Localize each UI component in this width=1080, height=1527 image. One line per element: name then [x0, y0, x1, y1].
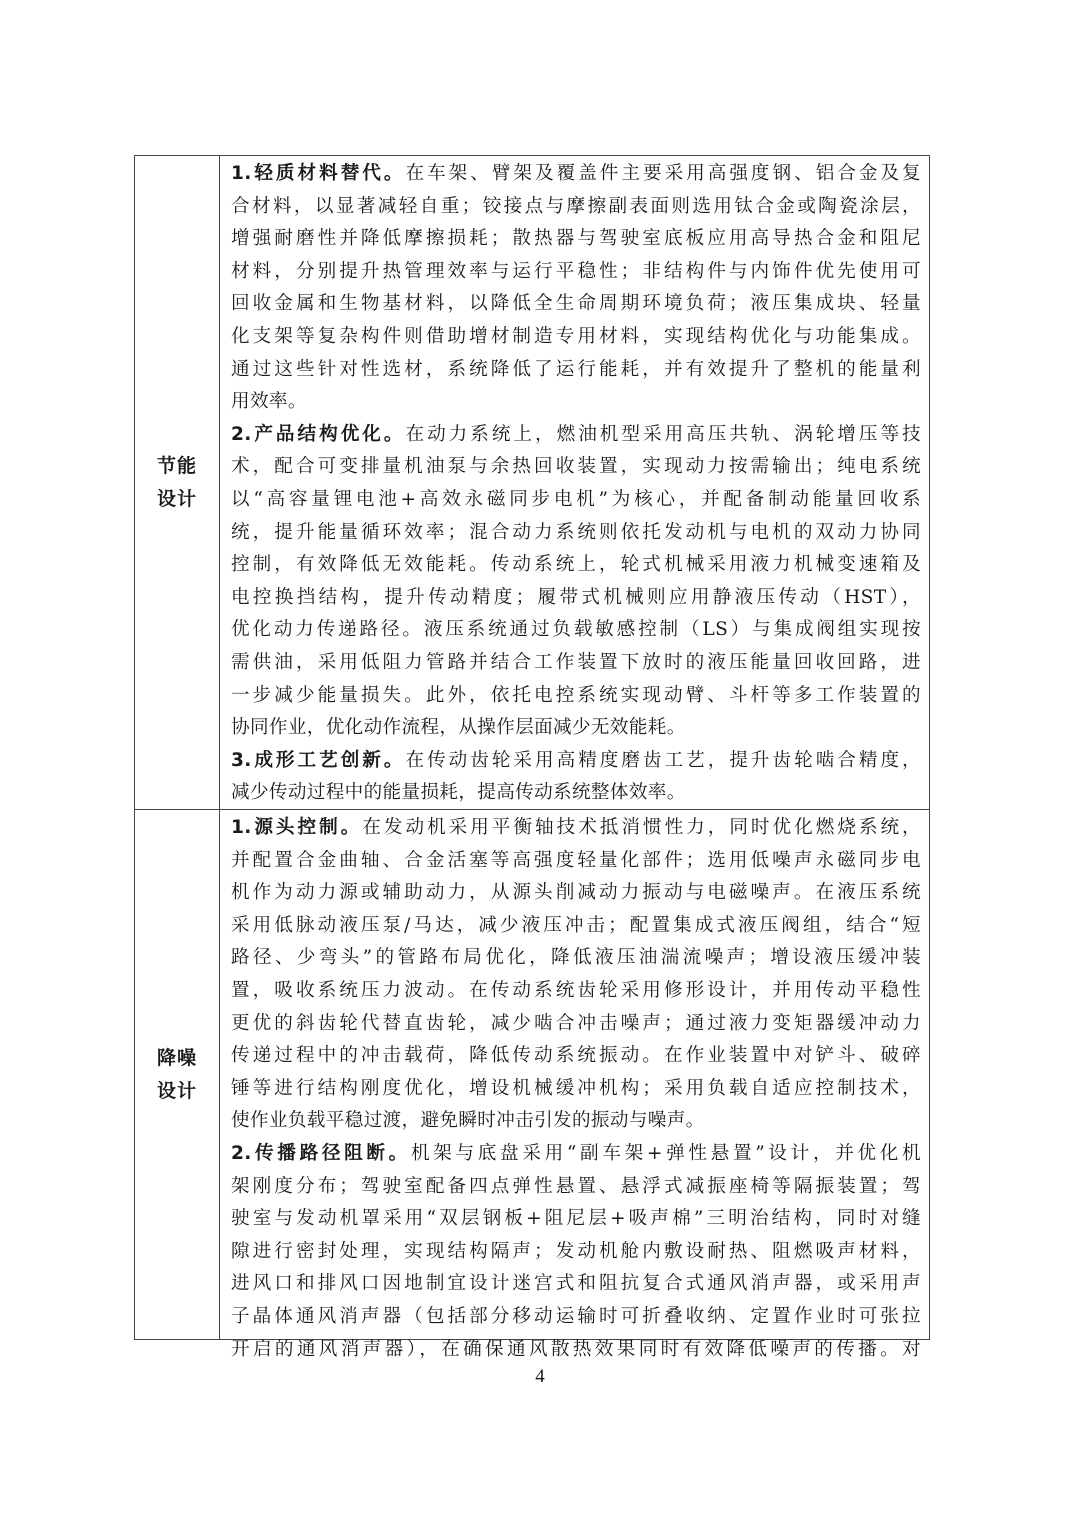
line-text: 机架与底盘采用“副车架+弹性悬置”设计，并优化机 — [411, 1143, 921, 1164]
line-text: 架刚度分布；驾驶室配备四点弹性悬置、悬浮式减振座椅等隔振装置；驾 — [231, 1176, 921, 1197]
line-text: 合材料，以显著减轻自重；铰接点与摩擦副表面则选用钛合金或陶瓷涂层， — [231, 196, 921, 217]
label-line: 设计 — [155, 483, 199, 516]
line-text: 控制，有效降低无效能耗。传动系统上，轮式机械采用液力机械变速箱及 — [231, 554, 921, 575]
line-text: 机作为动力源或辅助动力，从源头削减动力振动与电磁噪声。在液压系统 — [231, 882, 921, 903]
text-line: 协同作业，优化动作流程，从操作层面减少无效能耗。 — [231, 712, 921, 745]
line-text: 化支架等复杂构件则借助增材制造专用材料，实现结构优化与功能集成。 — [231, 326, 921, 347]
text-line: 用效率。 — [231, 386, 921, 419]
row-label-energy-saving: 节能 设计 — [155, 450, 199, 516]
line-text: 置，吸收系统压力波动。在传动系统齿轮采用修形设计，并用传动平稳性 — [231, 980, 921, 1001]
line-text: 材料，分别提升热管理效率与运行平稳性；非结构件与内饰件优先使用可 — [231, 261, 921, 282]
text-line: 通过这些针对性选材，系统降低了运行能耗，并有效提升了整机的能量利 — [231, 354, 921, 387]
text-line: 减少传动过程中的能量损耗，提高传动系统整体效率。 — [231, 777, 921, 810]
row-noise-reduction: 降噪 设计 1.源头控制。在发动机采用平衡轴技术抵消惯性力，同时优化燃烧系统，并… — [135, 809, 929, 1339]
line-text: 更优的斜齿轮代替直齿轮，减少啮合冲击噪声；通过液力变矩器缓冲动力 — [231, 1013, 921, 1034]
label-line: 降噪 — [155, 1042, 199, 1075]
text-line: 锤等进行结构刚度优化，增设机械缓冲机构；采用负载自适应控制技术， — [231, 1073, 921, 1106]
text-line: 1.源头控制。在发动机采用平衡轴技术抵消惯性力，同时优化燃烧系统， — [231, 812, 921, 845]
text-line: 进风口和排风口因地制宜设计迷宫式和阻抗复合式通风消声器，或采用声 — [231, 1268, 921, 1301]
line-text: 使作业负载平稳过渡，避免瞬时冲击引发的振动与噪声。 — [231, 1110, 705, 1131]
content-cell: 1.轻质材料替代。在车架、臂架及覆盖件主要采用高强度钢、铝合金及复合材料，以显著… — [220, 156, 929, 809]
line-text: 驶室与发动机罩采用“双层钢板+阻尼层+吸声棉”三明治结构，同时对缝 — [231, 1208, 921, 1229]
line-text: 统，提升能量循环效率；混合动力系统则依托发动机与电机的双动力协同 — [231, 522, 921, 543]
text-line: 路径、少弯头”的管路布局优化，降低液压油湍流噪声；增设液压缓冲装 — [231, 942, 921, 975]
row-label-noise-reduction: 降噪 设计 — [155, 1042, 199, 1108]
label-line: 节能 — [155, 450, 199, 483]
text-line: 机作为动力源或辅助动力，从源头削减动力振动与电磁噪声。在液压系统 — [231, 877, 921, 910]
text-line: 置，吸收系统压力波动。在传动系统齿轮采用修形设计，并用传动平稳性 — [231, 975, 921, 1008]
line-text: 减少传动过程中的能量损耗，提高传动系统整体效率。 — [231, 782, 686, 803]
line-text: 需供油，采用低阻力管路并结合工作装置下放时的液压能量回收回路，进 — [231, 652, 921, 673]
design-measures-table: 节能 设计 1.轻质材料替代。在车架、臂架及覆盖件主要采用高强度钢、铝合金及复合… — [134, 155, 930, 1340]
text-line: 并配置合金曲轴、合金活塞等高强度轻量化部件；选用低噪声永磁同步电 — [231, 845, 921, 878]
line-text: 路径、少弯头”的管路布局优化，降低液压油湍流噪声；增设液压缓冲装 — [231, 947, 921, 968]
line-text: 子晶体通风消声器（包括部分移动运输时可折叠收纳、定置作业时可张拉 — [231, 1306, 921, 1327]
text-line: 1.轻质材料替代。在车架、臂架及覆盖件主要采用高强度钢、铝合金及复 — [231, 158, 921, 191]
text-line: 使作业负载平稳过渡，避免瞬时冲击引发的振动与噪声。 — [231, 1105, 921, 1138]
text-line: 2.产品结构优化。在动力系统上，燃油机型采用高压共轨、涡轮增压等技 — [231, 419, 921, 452]
text-line: 统，提升能量循环效率；混合动力系统则依托发动机与电机的双动力协同 — [231, 517, 921, 550]
paragraph: 1.源头控制。在发动机采用平衡轴技术抵消惯性力，同时优化燃烧系统，并配置合金曲轴… — [231, 812, 921, 1138]
text-line: 合材料，以显著减轻自重；铰接点与摩擦副表面则选用钛合金或陶瓷涂层， — [231, 191, 921, 224]
line-text: 传递过程中的冲击载荷，降低传动系统振动。在作业装置中对铲斗、破碎 — [231, 1045, 921, 1066]
row-energy-saving: 节能 设计 1.轻质材料替代。在车架、臂架及覆盖件主要采用高强度钢、铝合金及复合… — [135, 156, 929, 809]
line-text: 电控换挡结构，提升传动精度；履带式机械则应用静液压传动（HST）， — [231, 587, 921, 608]
text-line: 采用低脉动液压泵/马达，减少液压冲击；配置集成式液压阀组，结合“短 — [231, 910, 921, 943]
text-line: 增强耐磨性并降低摩擦损耗；散热器与驾驶室底板应用高导热合金和阻尼 — [231, 223, 921, 256]
line-text: 并配置合金曲轴、合金活塞等高强度轻量化部件；选用低噪声永磁同步电 — [231, 850, 921, 871]
text-line: 电控换挡结构，提升传动精度；履带式机械则应用静液压传动（HST）， — [231, 582, 921, 615]
text-line: 3.成形工艺创新。在传动齿轮采用高精度磨齿工艺，提升齿轮啮合精度， — [231, 745, 921, 778]
paragraph: 1.轻质材料替代。在车架、臂架及覆盖件主要采用高强度钢、铝合金及复合材料，以显著… — [231, 158, 921, 419]
line-text: 回收金属和生物基材料，以降低全生命周期环境负荷；液压集成块、轻量 — [231, 293, 921, 314]
line-text: 一步减少能量损失。此外，依托电控系统实现动臂、斗杆等多工作装置的 — [231, 685, 921, 706]
text-line: 材料，分别提升热管理效率与运行平稳性；非结构件与内饰件优先使用可 — [231, 256, 921, 289]
line-text: 术，配合可变排量机油泵与余热回收装置，实现动力按需输出；纯电系统 — [231, 456, 921, 477]
text-line: 化支架等复杂构件则借助增材制造专用材料，实现结构优化与功能集成。 — [231, 321, 921, 354]
text-line: 2.传播路径阻断。机架与底盘采用“副车架+弹性悬置”设计，并优化机 — [231, 1138, 921, 1171]
label-line: 设计 — [155, 1075, 199, 1108]
line-text: 锤等进行结构刚度优化，增设机械缓冲机构；采用负载自适应控制技术， — [231, 1078, 921, 1099]
text-line: 控制，有效降低无效能耗。传动系统上，轮式机械采用液力机械变速箱及 — [231, 549, 921, 582]
text-line: 需供油，采用低阻力管路并结合工作装置下放时的液压能量回收回路，进 — [231, 647, 921, 680]
paragraph-heading: 3.成形工艺创新。 — [231, 750, 405, 771]
text-line: 优化动力传递路径。液压系统通过负载敏感控制（LS）与集成阀组实现按 — [231, 614, 921, 647]
text-line: 架刚度分布；驾驶室配备四点弹性悬置、悬浮式减振座椅等隔振装置；驾 — [231, 1171, 921, 1204]
row-label-cell: 节能 设计 — [135, 156, 220, 809]
paragraph-heading: 1.轻质材料替代。 — [231, 163, 405, 184]
text-line: 一步减少能量损失。此外，依托电控系统实现动臂、斗杆等多工作装置的 — [231, 680, 921, 713]
line-text: 在动力系统上，燃油机型采用高压共轨、涡轮增压等技 — [405, 424, 921, 445]
content-cell: 1.源头控制。在发动机采用平衡轴技术抵消惯性力，同时优化燃烧系统，并配置合金曲轴… — [220, 810, 929, 1339]
text-line: 驶室与发动机罩采用“双层钢板+阻尼层+吸声棉”三明治结构，同时对缝 — [231, 1203, 921, 1236]
line-text: 通过这些针对性选材，系统降低了运行能耗，并有效提升了整机的能量利 — [231, 359, 921, 380]
text-line: 隙进行密封处理，实现结构隔声；发动机舱内敷设耐热、阻燃吸声材料， — [231, 1236, 921, 1269]
paragraph-heading: 1.源头控制。 — [231, 817, 362, 838]
text-line: 传递过程中的冲击载荷，降低传动系统振动。在作业装置中对铲斗、破碎 — [231, 1040, 921, 1073]
line-text: 用效率。 — [231, 391, 307, 412]
line-text: 增强耐磨性并降低摩擦损耗；散热器与驾驶室底板应用高导热合金和阻尼 — [231, 228, 921, 249]
text-line: 以“高容量锂电池+高效永磁同步电机”为核心，并配备制动能量回收系 — [231, 484, 921, 517]
paragraph: 2.传播路径阻断。机架与底盘采用“副车架+弹性悬置”设计，并优化机架刚度分布；驾… — [231, 1138, 921, 1366]
line-text: 在发动机采用平衡轴技术抵消惯性力，同时优化燃烧系统， — [362, 817, 921, 838]
line-text: 协同作业，优化动作流程，从操作层面减少无效能耗。 — [231, 717, 686, 738]
text-line: 更优的斜齿轮代替直齿轮，减少啮合冲击噪声；通过液力变矩器缓冲动力 — [231, 1008, 921, 1041]
paragraph-heading: 2.传播路径阻断。 — [231, 1143, 411, 1164]
line-text: 在传动齿轮采用高精度磨齿工艺，提升齿轮啮合精度， — [405, 750, 921, 771]
paragraph: 3.成形工艺创新。在传动齿轮采用高精度磨齿工艺，提升齿轮啮合精度，减少传动过程中… — [231, 745, 921, 810]
paragraph: 2.产品结构优化。在动力系统上，燃油机型采用高压共轨、涡轮增压等技术，配合可变排… — [231, 419, 921, 745]
line-text: 开启的通风消声器），在确保通风散热效果同时有效降低噪声的传播。对 — [231, 1339, 921, 1360]
line-text: 优化动力传递路径。液压系统通过负载敏感控制（LS）与集成阀组实现按 — [231, 619, 921, 640]
line-text: 进风口和排风口因地制宜设计迷宫式和阻抗复合式通风消声器，或采用声 — [231, 1273, 921, 1294]
line-text: 在车架、臂架及覆盖件主要采用高强度钢、铝合金及复 — [405, 163, 921, 184]
paragraph-heading: 2.产品结构优化。 — [231, 424, 405, 445]
line-text: 采用低脉动液压泵/马达，减少液压冲击；配置集成式液压阀组，结合“短 — [231, 915, 921, 936]
text-line: 开启的通风消声器），在确保通风散热效果同时有效降低噪声的传播。对 — [231, 1334, 921, 1367]
line-text: 隙进行密封处理，实现结构隔声；发动机舱内敷设耐热、阻燃吸声材料， — [231, 1241, 921, 1262]
text-line: 子晶体通风消声器（包括部分移动运输时可折叠收纳、定置作业时可张拉 — [231, 1301, 921, 1334]
text-line: 回收金属和生物基材料，以降低全生命周期环境负荷；液压集成块、轻量 — [231, 288, 921, 321]
page-number: 4 — [0, 1366, 1080, 1388]
row-label-cell: 降噪 设计 — [135, 810, 220, 1339]
text-line: 术，配合可变排量机油泵与余热回收装置，实现动力按需输出；纯电系统 — [231, 451, 921, 484]
line-text: 以“高容量锂电池+高效永磁同步电机”为核心，并配备制动能量回收系 — [231, 489, 921, 510]
